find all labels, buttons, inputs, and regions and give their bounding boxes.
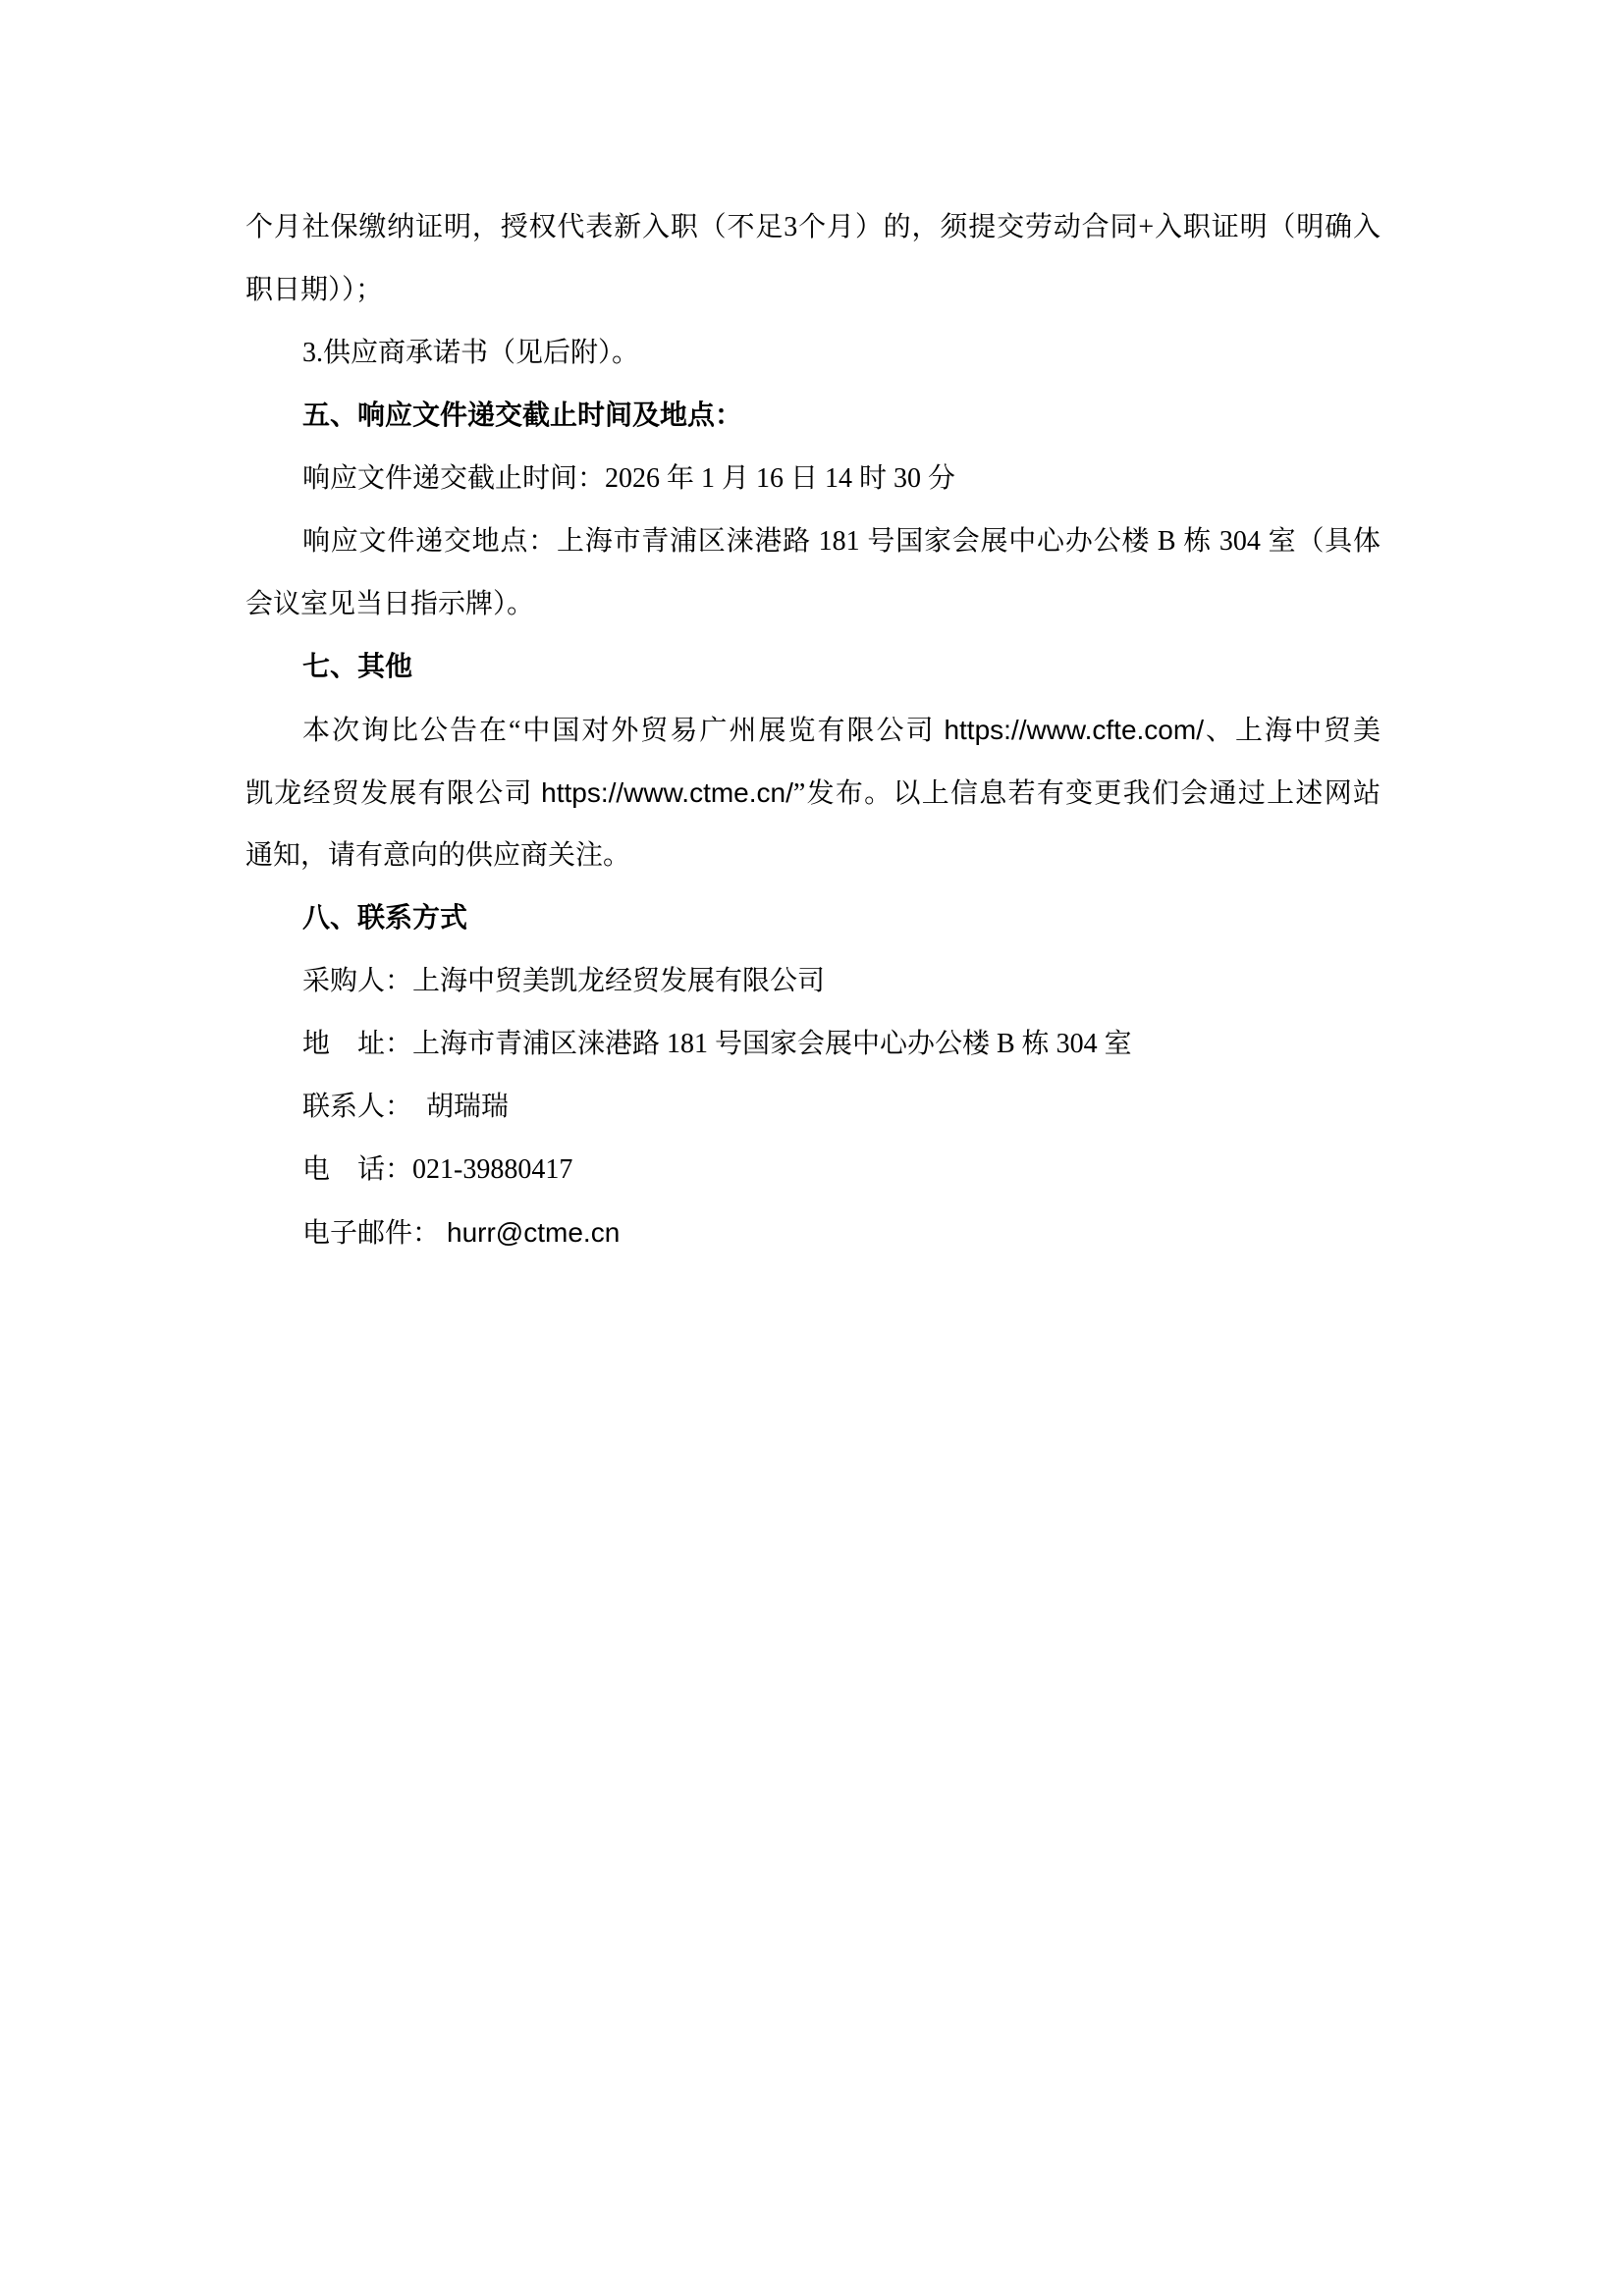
list-item-3: 3.供应商承诺书（见后附）。 <box>245 322 1380 385</box>
paragraph-line: 个月社保缴纳证明，授权代表新入职（不足3个月）的，须提交劳动合同+入职证明（明确… <box>245 196 1380 259</box>
email-line: 电子邮件： hurr@ctme.cn <box>245 1201 1380 1264</box>
section-heading-7: 七、其他 <box>245 636 1380 699</box>
url-text: https://www.ctme.cn/ <box>541 777 793 808</box>
section-heading-8: 八、联系方式 <box>245 887 1380 950</box>
email-text: hurr@ctme.cn <box>447 1217 620 1248</box>
announcement-line: 本次询比公告在“中国对外贸易广州展览有限公司 https://www.cfte.… <box>245 699 1380 762</box>
paragraph-text: ”发布。以上信息若有变更我们会通过上述网站 <box>793 778 1380 809</box>
paragraph-text: 电子邮件： <box>302 1218 447 1249</box>
purchaser-line: 采购人：上海中贸美凯龙经贸发展有限公司 <box>245 950 1380 1013</box>
phone-line: 电 话：021-39880417 <box>245 1139 1380 1201</box>
url-text: https://www.cfte.com/ <box>944 715 1204 745</box>
paragraph-line: 会议室见当日指示牌）。 <box>245 573 1380 636</box>
paragraph-line: 通知，请有意向的供应商关注。 <box>245 825 1380 887</box>
deadline-time-line: 响应文件递交截止时间：2026 年 1 月 16 日 14 时 30 分 <box>245 448 1380 510</box>
paragraph-text: 凯龙经贸发展有限公司 <box>245 778 541 809</box>
document-page: 个月社保缴纳证明，授权代表新入职（不足3个月）的，须提交劳动合同+入职证明（明确… <box>0 0 1624 2296</box>
document-body: 个月社保缴纳证明，授权代表新入职（不足3个月）的，须提交劳动合同+入职证明（明确… <box>245 196 1380 1264</box>
paragraph-line: 职日期））； <box>245 259 1380 322</box>
paragraph-text: 、上海中贸美 <box>1204 716 1380 746</box>
submission-address-line: 响应文件递交地点：上海市青浦区涞港路 181 号国家会展中心办公楼 B 栋 30… <box>245 510 1380 573</box>
announcement-line: 凯龙经贸发展有限公司 https://www.ctme.cn/”发布。以上信息若… <box>245 762 1380 825</box>
section-heading-5: 五、响应文件递交截止时间及地点： <box>245 385 1380 448</box>
contact-person-line: 联系人： 胡瑞瑞 <box>245 1076 1380 1139</box>
address-line: 地 址：上海市青浦区涞港路 181 号国家会展中心办公楼 B 栋 304 室 <box>245 1013 1380 1076</box>
paragraph-text: 本次询比公告在“中国对外贸易广州展览有限公司 <box>302 716 944 746</box>
